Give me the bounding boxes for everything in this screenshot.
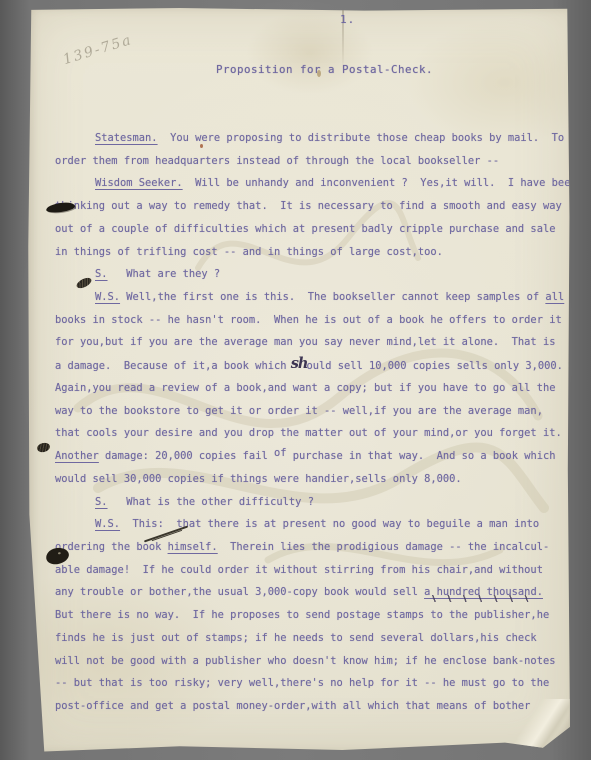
typescript-line: But there is no way. If he proposes to s… [55, 604, 569, 627]
text-segment: a hundred thousand. [424, 581, 543, 604]
text-segment: that cools your desire and you drop the … [55, 427, 562, 439]
text-segment: You were proposing to distribute those c… [158, 132, 565, 144]
typescript-line: in things of trifling cost -- and in thi… [55, 241, 569, 264]
typescript-line: Another damage: 20,000 copies fail of pu… [55, 445, 569, 468]
margin-ink-mark [36, 442, 51, 454]
text-segment: W.S. [95, 518, 120, 530]
typescript-line: W.S. Well,the first one is this. The boo… [55, 286, 569, 309]
text-segment: Statesman. [95, 132, 158, 144]
text-segment: way to the bookstore to get it or order … [55, 405, 543, 417]
text-segment: Another [55, 450, 99, 462]
text-segment: S. [95, 268, 108, 280]
typescript-line: would sell 30,000 copies if things were … [55, 468, 569, 491]
page-number: 1. [340, 13, 355, 26]
typescript-line: thinking out a way to remedy that. It is… [55, 195, 569, 218]
text-segment: purchase in that way. And so a book whic… [286, 450, 555, 462]
text-segment: books in stock -- he hasn't room. When h… [55, 314, 562, 326]
text-segment: a damage. Because of it,a book which [55, 360, 293, 372]
text-segment: for you,but if you are the average man y… [55, 336, 555, 348]
typescript-line: that cools your desire and you drop the … [55, 422, 569, 445]
text-segment: What are they ? [108, 268, 221, 280]
pencil-catalog-note: 139-75a [61, 32, 134, 68]
typescript-line: will not be good with a publisher who do… [55, 650, 569, 673]
typescript-line: way to the bookstore to get it or order … [55, 400, 569, 423]
scan-backdrop: 1. 139-75a Proposition for a Postal-Chec… [0, 0, 591, 760]
typescript-line: -- but that is too risky; very well,ther… [55, 672, 569, 695]
text-segment: damage: 20,000 copies fail [99, 450, 274, 462]
document-title: Proposition for a Postal-Check. [216, 63, 433, 76]
typescript-line: S. What is the other difficulty ? [55, 491, 569, 514]
text-segment: out of a couple of difficulties which at… [55, 223, 555, 235]
typescript-body: Statesman. You were proposing to distrib… [55, 127, 569, 718]
text-segment: thinking out a way to remedy that. It is… [55, 200, 562, 212]
text-segment: all [545, 291, 564, 303]
text-segment: in things of trifling cost -- and in thi… [55, 246, 443, 258]
document-page: 1. 139-75a Proposition for a Postal-Chec… [28, 8, 570, 753]
typescript-line: books in stock -- he hasn't room. When h… [55, 309, 569, 332]
text-segment: Therein lies the prodigious damage -- th… [218, 541, 550, 553]
text-segment: Well,the first one is this. The booksell… [120, 291, 545, 303]
handwritten-correction: sh [291, 355, 308, 372]
folded-corner [484, 699, 570, 753]
text-segment: will not be good with a publisher who do… [55, 655, 555, 667]
text-segment: W.S. [95, 291, 120, 303]
text-segment: able damage! If he could order it withou… [55, 564, 543, 576]
typescript-line: order them from headquarters instead of … [55, 150, 569, 173]
text-segment: would sell 30,000 copies if things were … [55, 473, 462, 485]
text-segment: ould sell 10,000 copies sells only 3,000… [306, 360, 562, 372]
typescript-line: a damage. Because of it,a book which sho… [55, 354, 569, 377]
text-segment: finds he is just out of stamps; if he ne… [55, 632, 537, 644]
typescript-line: Wisdom Seeker. Will be unhandy and incon… [55, 172, 569, 195]
text-segment: any trouble or bother,the usual 3,000-co… [55, 586, 424, 598]
text-segment: of [274, 447, 287, 459]
margin-pen-stroke [141, 522, 193, 544]
text-segment: Will be unhandy and inconvenient ? Yes,i… [183, 177, 577, 189]
typescript-line: W.S. This: that there is at present no g… [55, 513, 569, 536]
text-segment: Again,you read a review of a book,and wa… [55, 382, 555, 394]
text-segment: S. [95, 496, 108, 508]
typescript-line: ordering the book himself. Therein lies … [55, 536, 569, 559]
typescript-line: S. What are they ? [55, 263, 569, 286]
typescript-line: Again,you read a review of a book,and wa… [55, 377, 569, 400]
text-segment: But there is no way. If he proposes to s… [55, 609, 549, 621]
text-segment: -- but that is too risky; very well,ther… [55, 677, 549, 689]
typescript-line: out of a couple of difficulties which at… [55, 218, 569, 241]
text-segment: order them from headquarters instead of … [55, 155, 499, 167]
text-segment: Wisdom Seeker. [95, 177, 183, 189]
typescript-line: for you,but if you are the average man y… [55, 331, 569, 354]
typescript-line: Statesman. You were proposing to distrib… [55, 127, 569, 150]
typescript-line: finds he is just out of stamps; if he ne… [55, 627, 569, 650]
typescript-line: any trouble or bother,the usual 3,000-co… [55, 581, 569, 604]
text-segment: What is the other difficulty ? [108, 496, 314, 508]
typescript-line: able damage! If he could order it withou… [55, 559, 569, 582]
text-segment: post-office and get a postal money-order… [55, 700, 530, 712]
